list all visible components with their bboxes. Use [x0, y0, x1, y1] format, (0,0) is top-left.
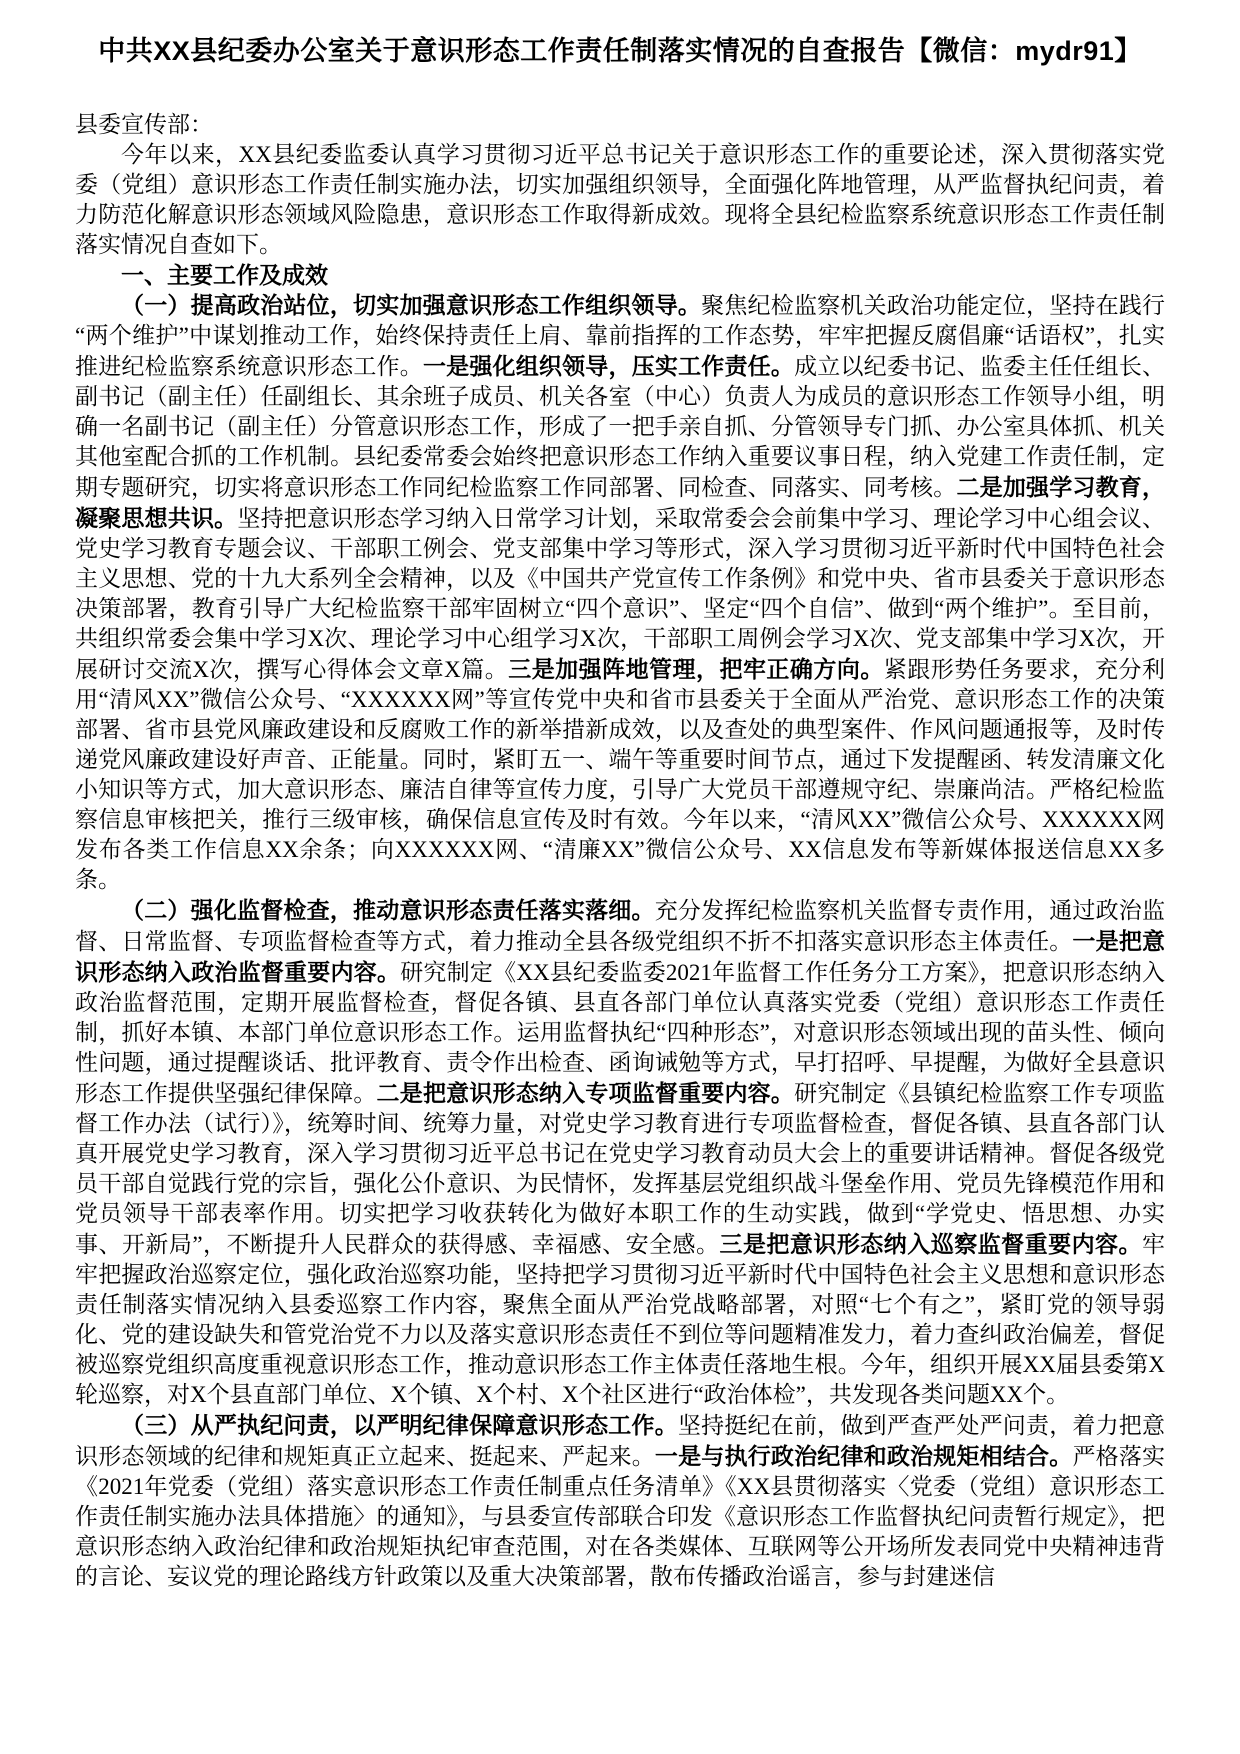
bold-text-run: 一是强化组织领导，压实工作责任。: [423, 353, 794, 379]
document-body: 今年以来，XX县纪委监委认真学习贯彻习近平总书记关于意识形态工作的重要论述，深入…: [75, 140, 1165, 1592]
bold-text-run: 三是加强阵地管理，把牢正确方向。: [508, 656, 884, 682]
bold-text-run: 一、主要工作及成效: [121, 262, 328, 288]
text-run: 今年以来，XX县纪委监委认真学习贯彻习近平总书记关于意识形态工作的重要论述，深入…: [75, 142, 1165, 257]
document-title: 中共XX县纪委办公室关于意识形态工作责任制落实情况的自查报告【微信：mydr91…: [75, 34, 1165, 68]
document-page: 中共XX县纪委办公室关于意识形态工作责任制落实情况的自查报告【微信：mydr91…: [0, 0, 1240, 1754]
salutation: 县委宣传部：: [75, 110, 1165, 140]
bold-text-run: 二是把意识形态纳入专项监督重要内容。: [377, 1080, 795, 1106]
bold-text-run: （二）强化监督检查，推动意识形态责任落实落细。: [121, 897, 655, 923]
paragraph: （一）提高政治站位，切实加强意识形态工作组织领导。聚焦纪检监察机关政治功能定位，…: [75, 290, 1165, 895]
paragraph: （三）从严执纪问责，以严明纪律保障意识形态工作。坚持挺纪在前，做到严查严处严问责…: [75, 1410, 1165, 1592]
bold-text-run: （一）提高政治站位，切实加强意识形态工作组织领导。: [121, 292, 701, 318]
text-run: 牢牢把握政治巡察定位，强化政治巡察功能，坚持把学习贯彻习近平新时代中国特色社会主…: [75, 1232, 1165, 1407]
bold-text-run: （三）从严执纪问责，以严明纪律保障意识形态工作。: [121, 1412, 678, 1438]
paragraph: 今年以来，XX县纪委监委认真学习贯彻习近平总书记关于意识形态工作的重要论述，深入…: [75, 140, 1165, 260]
bold-text-run: 一是与执行政治纪律和政治规矩相结合。: [655, 1443, 1073, 1469]
section-heading: 一、主要工作及成效: [75, 260, 1165, 290]
text-run: 紧跟形势任务要求，充分利用“清风XX”微信公众号、“XXXXXX网”等宣传党中央…: [75, 657, 1165, 892]
bold-text-run: 三是把意识形态纳入巡察监督重要内容。: [719, 1231, 1142, 1257]
paragraph: （二）强化监督检查，推动意识形态责任落实落细。充分发挥纪检监察机关监督专责作用，…: [75, 895, 1165, 1410]
